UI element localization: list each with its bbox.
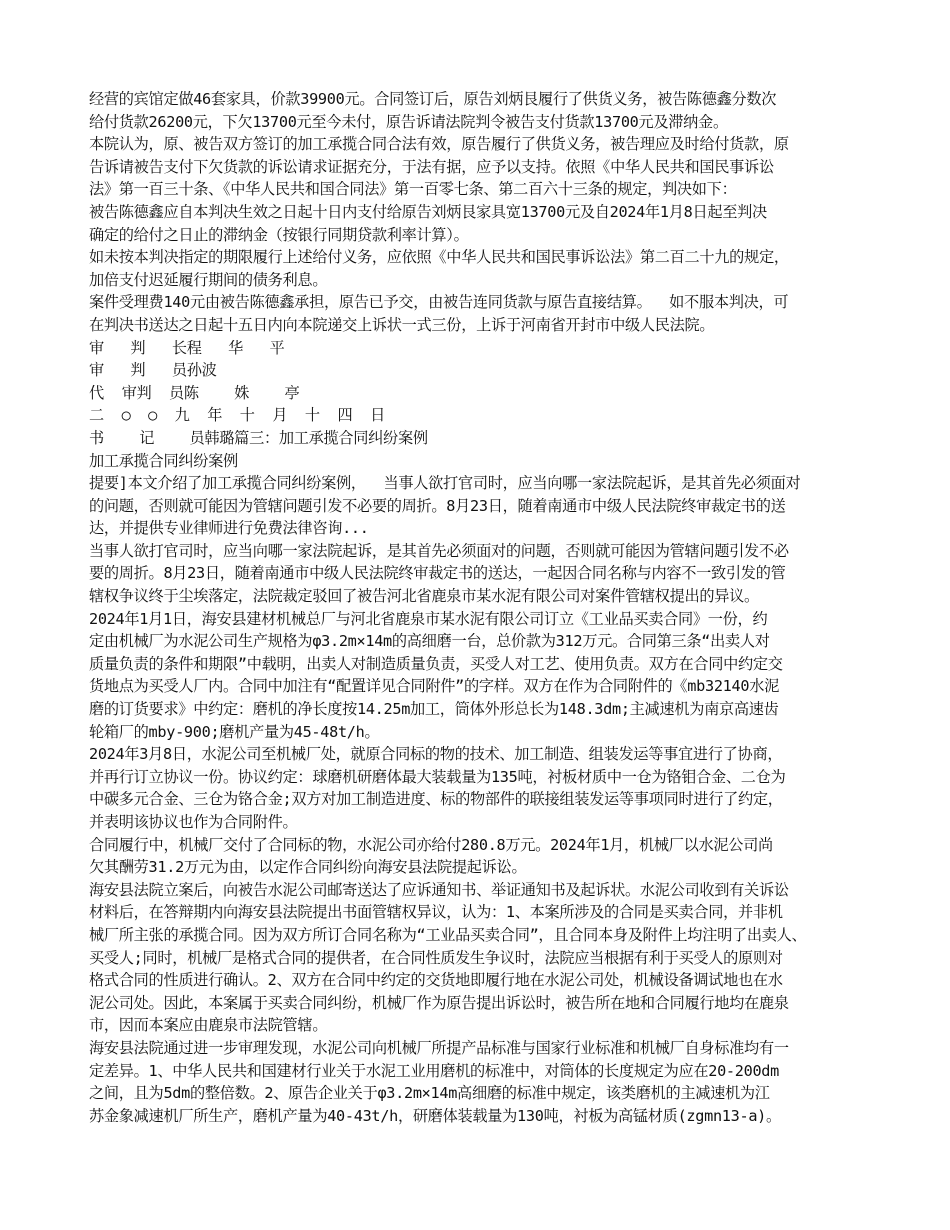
text-line: 定差异。1、中华人民共和国建材行业关于水泥工业用磨机的标准中，对筒体的长度规定为… (89, 1060, 879, 1083)
text-line: 之间，且为5dm的整倍数。2、原告企业关于φ3.2m×14m高细磨的标准中规定，… (89, 1082, 879, 1105)
text-line: 2024年3月8日，水泥公司至机械厂处，就原合同标的物的技术、加工制造、组装发运… (89, 743, 879, 766)
text-line: 要的周折。8月23日，随着南通市中级人民法院终审裁定书的送达，一起因合同名称与内… (89, 562, 879, 585)
text-line: 并再行订立协议一份。协议约定：球磨机研磨体最大装载量为135吨，衬板材质中一仓为… (89, 766, 879, 789)
text-line: 海安县法院立案后，向被告水泥公司邮寄送达了应诉通知书、举证通知书及起诉状。水泥公… (89, 879, 879, 902)
text-line: 货地点为买受人厂内。合同中加注有“配置详见合同附件”的字样。双方在作为合同附件的… (89, 675, 879, 698)
text-line: 泥公司处。因此，本案属于买卖合同纠纷，机械厂作为原告提出诉讼时，被告所在地和合同… (89, 992, 879, 1015)
signature-line: 书 记 员韩璐篇三：加工承揽合同纠纷案例 (89, 427, 879, 450)
text-line: 在判决书送达之日起十五日内向本院递交上诉状一式三份，上诉于河南省开封市中级人民法… (89, 314, 879, 337)
signature-line: 代 审判 员陈 姝 亭 (89, 382, 879, 405)
text-line: 当事人欲打官司时，应当向哪一家法院起诉，是其首先必须面对的问题，否则就可能因为管… (89, 540, 879, 563)
text-line: 合同履行中，机械厂交付了合同标的物，水泥公司亦给付280.8万元。2024年1月… (89, 834, 879, 857)
text-line: 加倍支付迟延履行期间的债务利息。 (89, 269, 879, 292)
text-line: 达，并提供专业律师进行免费法律咨询... (89, 517, 879, 540)
text-line: 提要]本文介绍了加工承揽合同纠纷案例， 当事人欲打官司时，应当向哪一家法院起诉，… (89, 472, 879, 495)
text-line: 的问题，否则就可能因为管辖问题引发不必要的周折。8月23日，随着南通市中级人民法… (89, 495, 879, 518)
text-line: 并表明该协议也作为合同附件。 (89, 811, 879, 834)
text-line: 质量负责的条件和期限”中载明，出卖人对制造质量负责，买受人对工艺、使用负责。双方… (89, 653, 879, 676)
signature-line: 审 判 员孙波 (89, 359, 879, 382)
text-line: 案件受理费140元由被告陈德鑫承担，原告已予交，由被告连同货款与原告直接结算。 … (89, 291, 879, 314)
text-line: 市，因而本案应由鹿泉市法院管辖。 (89, 1014, 879, 1037)
text-line: 给付货款26200元，下欠13700元至今未付，原告诉请法院判令被告支付货款13… (89, 111, 879, 134)
text-line: 辖权争议终于尘埃落定，法院裁定驳回了被告河北省鹿泉市某水泥有限公司对案件管辖权提… (89, 585, 879, 608)
text-line: 买受人;同时，机械厂是格式合同的提供者，在合同性质发生争议时，法院应当根据有利于… (89, 947, 879, 970)
text-line: 海安县法院通过进一步审理发现，水泥公司向机械厂所提产品标准与国家行业标准和机械厂… (89, 1037, 879, 1060)
text-line: 2024年1月1日，海安县建材机械总厂与河北省鹿泉市某水泥有限公司订立《工业品买… (89, 608, 879, 631)
text-line: 本院认为，原、被告双方签订的加工承揽合同合法有效，原告履行了供货义务，被告理应及… (89, 133, 879, 156)
text-line: 苏金象减速机厂所生产，磨机产量为40-43t/h，研磨体装载量为130吨，衬板为… (89, 1105, 879, 1128)
text-line: 被告陈德鑫应自本判决生效之日起十日内支付给原告刘炳艮家具宽13700元及自202… (89, 201, 879, 224)
section-title: 加工承揽合同纠纷案例 (89, 450, 879, 473)
text-line: 告诉请被告支付下欠货款的诉讼请求证据充分，于法有据，应予以支持。依照《中华人民共… (89, 156, 879, 179)
text-line: 经营的宾馆定做46套家具，价款39900元。合同签订后，原告刘炳艮履行了供货义务… (89, 88, 879, 111)
text-line: 械厂所主张的承揽合同。因为双方所订合同名称为“工业品买卖合同”，且合同本身及附件… (89, 924, 879, 947)
text-line: 欠其酬劳31.2万元为由，以定作合同纠纷向海安县法院提起诉讼。 (89, 856, 879, 879)
text-line: 定由机械厂为水泥公司生产规格为φ3.2m×14m的高细磨一台，总价款为312万元… (89, 630, 879, 653)
text-line: 如未按本判决指定的期限履行上述给付义务，应依照《中华人民共和国民事诉讼法》第二百… (89, 246, 879, 269)
text-line: 材料后，在答辩期内向海安县法院提出书面管辖权异议，认为：1、本案所涉及的合同是买… (89, 901, 879, 924)
text-line: 确定的给付之日止的滞纳金（按银行同期贷款利率计算）。 (89, 224, 879, 247)
text-line: 轮箱厂的mby-900;磨机产量为45-48t/h。 (89, 721, 879, 744)
signature-line: 审 判 长程 华 平 (89, 337, 879, 360)
text-line: 磨的订货要求》中约定：磨机的净长度按14.25m加工，筒体外形总长为148.3d… (89, 698, 879, 721)
text-line (89, 1127, 879, 1150)
date-line: 二 ○ ○ 九 年 十 月 十 四 日 (89, 404, 879, 427)
text-line: 法》第一百三十条、《中华人民共和国合同法》第一百零七条、第二百六十三条的规定，判… (89, 178, 879, 201)
text-line: 格式合同的性质进行确认。2、双方在合同中约定的交货地即履行地在水泥公司处，机械设… (89, 969, 879, 992)
document-body: 经营的宾馆定做46套家具，价款39900元。合同签订后，原告刘炳艮履行了供货义务… (89, 88, 879, 1150)
text-line: 中碳多元合金、三仓为铬合金;双方对加工制造进度、标的物部件的联接组装发运等事项同… (89, 788, 879, 811)
